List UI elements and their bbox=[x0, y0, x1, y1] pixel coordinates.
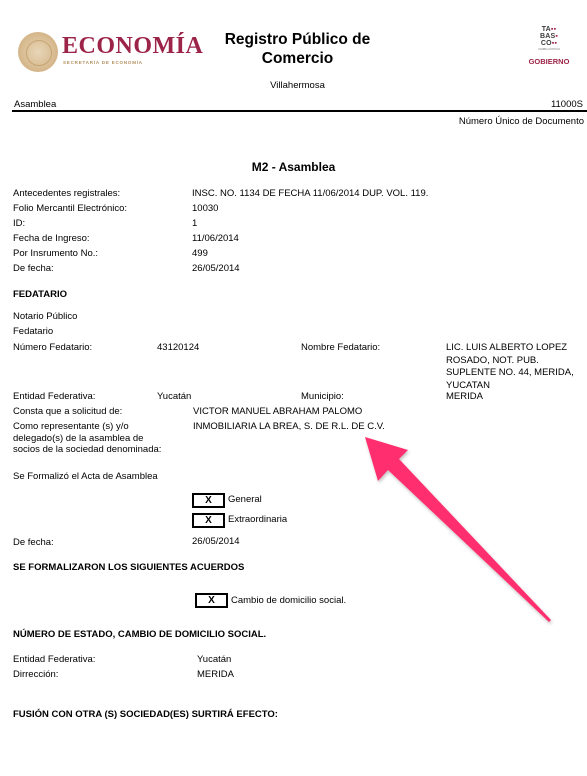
tabasco-slogan: CAMBIA CONTIGO bbox=[524, 48, 574, 51]
numero-fedatario-label: Número Fedatario: bbox=[13, 342, 92, 353]
nombre-fedatario-label: Nombre Fedatario: bbox=[301, 342, 380, 353]
solicitud-label: Consta que a solicitud de: bbox=[13, 406, 122, 417]
cd-entidad-label: Entidad Federativa: bbox=[13, 654, 95, 665]
representante-label-line: socios de la sociedad denominada: bbox=[13, 444, 161, 456]
numero-fedatario-value: 43120124 bbox=[157, 342, 199, 353]
entidad-label: Entidad Federativa: bbox=[13, 391, 95, 402]
header-divider bbox=[12, 110, 587, 112]
acuerdos-heading: SE FORMALIZARON LOS SIGUIENTES ACUERDOS bbox=[13, 562, 244, 573]
page-title: Registro Público de Comercio bbox=[200, 30, 395, 68]
solicitud-value: VICTOR MANUEL ABRAHAM PALOMO bbox=[193, 406, 362, 417]
title-line-1: Registro Público de bbox=[200, 30, 395, 49]
instrumento-label: Por Insrumento No.: bbox=[13, 248, 98, 259]
folio-value: 10030 bbox=[192, 203, 218, 214]
instrumento-value: 499 bbox=[192, 248, 208, 259]
section-title: M2 - Asamblea bbox=[0, 160, 587, 174]
document-type: Asamblea bbox=[14, 99, 56, 110]
city-label: Villahermosa bbox=[200, 80, 395, 91]
tabasco-line-3: CO▪▪ bbox=[524, 40, 574, 47]
id-label: ID: bbox=[13, 218, 25, 229]
cambio-domicilio-label: Cambio de domicilio social. bbox=[231, 595, 346, 606]
representante-label-line: delegado(s) de la asamblea de bbox=[13, 433, 161, 445]
fedatario-heading: FEDATARIO bbox=[13, 289, 67, 300]
title-line-2: Comercio bbox=[200, 49, 395, 68]
fedatario-tipo: Notario Público bbox=[13, 311, 77, 322]
tabasco-line-2: BAS▪ bbox=[524, 33, 574, 40]
acta-heading: Se Formalizó el Acta de Asamblea bbox=[13, 471, 158, 482]
representante-label-line: Como representante (s) y/o bbox=[13, 421, 161, 433]
economia-subtitle: SECRETARÍA DE ECONOMÍA bbox=[63, 60, 143, 65]
fusion-heading: FUSIÓN CON OTRA (S) SOCIEDAD(ES) SURTIRÁ… bbox=[13, 709, 278, 720]
cambio-domicilio-heading: NÚMERO DE ESTADO, CAMBIO DE DOMICILIO SO… bbox=[13, 629, 266, 640]
municipio-label: Municipio: bbox=[301, 391, 344, 402]
cd-entidad-value: Yucatán bbox=[197, 654, 231, 665]
general-label: General bbox=[228, 494, 262, 505]
tabasco-line-1: TA▪▪ bbox=[524, 26, 574, 33]
extraordinaria-label: Extraordinaria bbox=[228, 514, 287, 525]
fedatario-sub: Fedatario bbox=[13, 326, 53, 337]
nombre-line: SUPLENTE NO. 44, MERIDA, bbox=[446, 367, 574, 380]
representante-label: Como representante (s) y/o delegado(s) d… bbox=[13, 421, 161, 456]
general-checkbox[interactable]: X bbox=[192, 493, 225, 508]
tabasco-gobierno-logo: TA▪▪ BAS▪ CO▪▪ CAMBIA CONTIGO GOBIERNO bbox=[524, 26, 574, 76]
nombre-line: ROSADO, NOT. PUB. bbox=[446, 355, 574, 368]
antecedentes-value: INSC. NO. 1134 DE FECHA 11/06/2014 DUP. … bbox=[192, 188, 428, 199]
fecha-ingreso-value: 11/06/2014 bbox=[192, 233, 239, 244]
economia-wordmark: ECONOMÍA bbox=[62, 33, 203, 60]
nombre-line: LIC. LUIS ALBERTO LOPEZ bbox=[446, 342, 574, 355]
acta-fecha-label: De fecha: bbox=[13, 537, 54, 548]
folio-label: Folio Mercantil Electrónico: bbox=[13, 203, 127, 214]
acta-fecha-value: 26/05/2014 bbox=[192, 536, 240, 547]
document-number: 11000S bbox=[551, 99, 583, 110]
cd-direccion-label: Dirrección: bbox=[13, 669, 58, 680]
entidad-value: Yucatán bbox=[157, 391, 191, 402]
fecha-ingreso-label: Fecha de Ingreso: bbox=[13, 233, 90, 244]
de-fecha-label: De fecha: bbox=[13, 263, 54, 274]
extraordinaria-checkbox[interactable]: X bbox=[192, 513, 225, 528]
antecedentes-label: Antecedentes registrales: bbox=[13, 188, 120, 199]
coat-of-arms-icon bbox=[18, 32, 58, 72]
de-fecha-value: 26/05/2014 bbox=[192, 263, 240, 274]
gobierno-wordmark: GOBIERNO bbox=[524, 57, 574, 66]
economia-logo: ECONOMÍA SECRETARÍA DE ECONOMÍA bbox=[18, 30, 198, 74]
document-number-caption: Número Único de Documento bbox=[459, 116, 584, 127]
cambio-domicilio-checkbox[interactable]: X bbox=[195, 593, 228, 608]
nombre-fedatario-value: LIC. LUIS ALBERTO LOPEZ ROSADO, NOT. PUB… bbox=[446, 342, 574, 392]
id-value: 1 bbox=[192, 218, 197, 229]
municipio-value: MERIDA bbox=[446, 391, 483, 402]
cd-direccion-value: MERIDA bbox=[197, 669, 234, 680]
representante-value: INMOBILIARIA LA BREA, S. DE R.L. DE C.V. bbox=[193, 421, 385, 432]
